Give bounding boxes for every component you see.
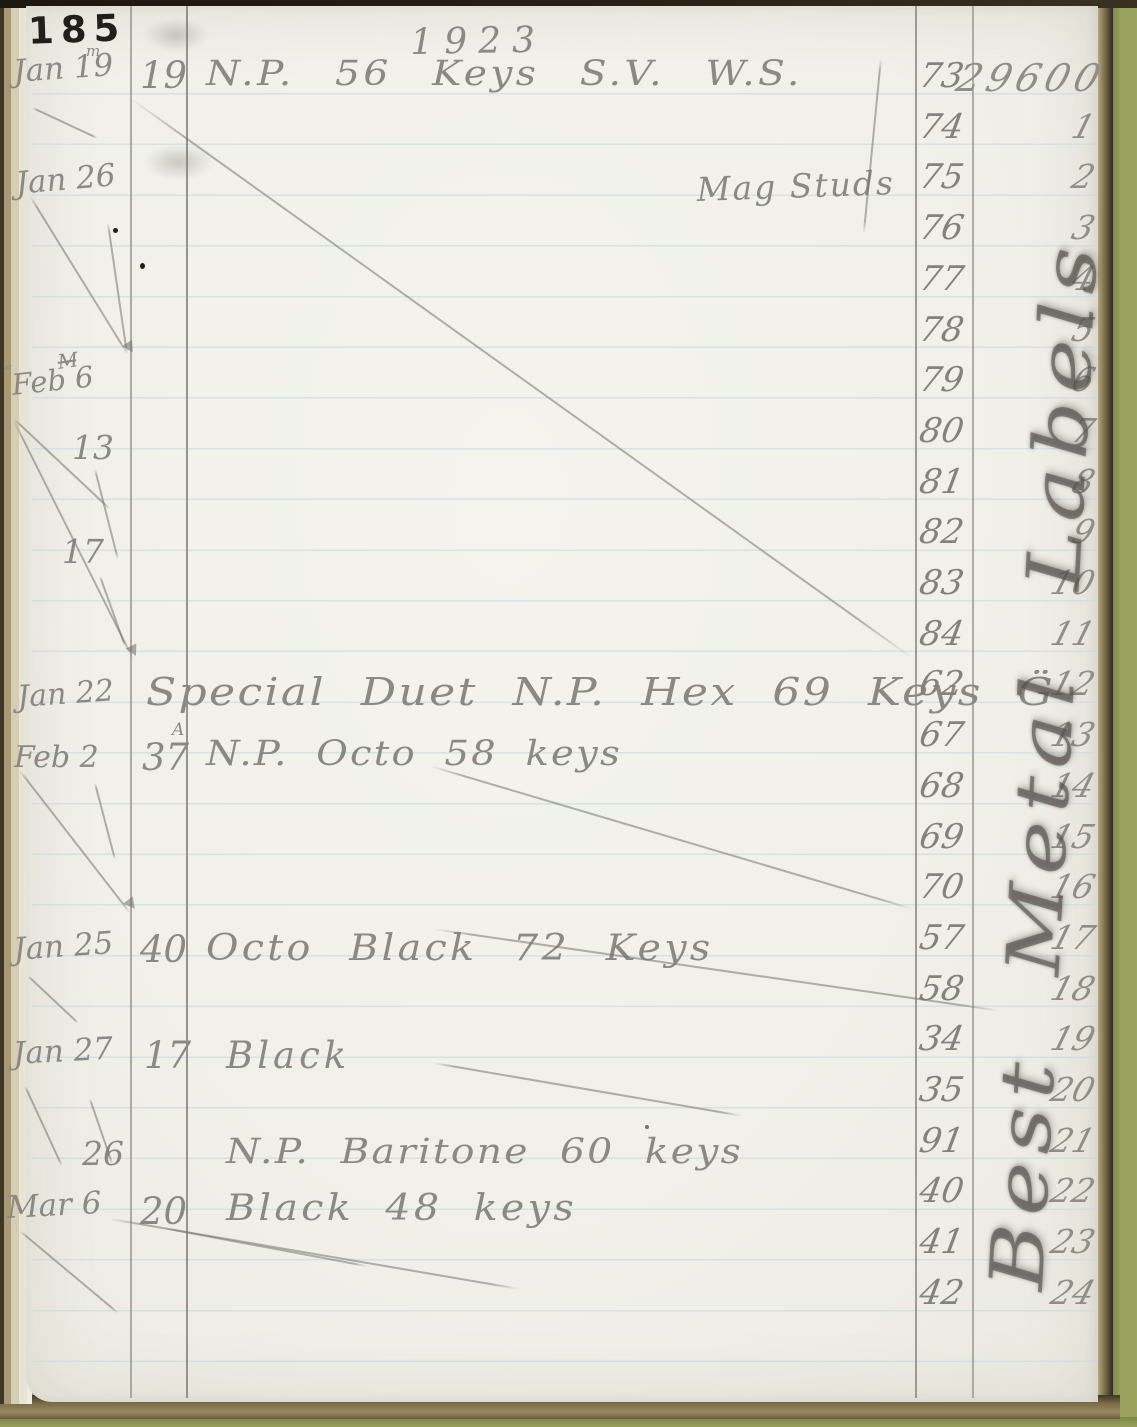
ink-speck: [113, 228, 118, 233]
ditto-mark: “: [4, 362, 12, 381]
ledger-page: 185 1923 Jan 19 m 19 N.P. 56 Keys S.V. W…: [26, 6, 1098, 1402]
serial-number: 82: [916, 512, 966, 552]
entry-description: N.P. 56 Keys S.V. W.S.: [206, 54, 803, 94]
entry-description: Octo Black 72 Keys: [206, 928, 714, 969]
entry-date: Jan 25: [12, 925, 114, 968]
page-number: 185: [27, 6, 127, 52]
entry-date: Mar 6: [6, 1185, 102, 1226]
entry-description: Black: [226, 1034, 350, 1077]
entry-qty: 40: [140, 928, 187, 971]
tally-mark: m: [86, 42, 100, 60]
serial-number: 35: [916, 1070, 966, 1110]
serial-number: 91: [916, 1121, 966, 1161]
serial-number: 77: [916, 259, 966, 299]
tally-mark: M: [56, 347, 78, 373]
ink-speck: [645, 1125, 649, 1129]
serial-number: 79: [916, 360, 966, 400]
serial-number: 68: [916, 766, 966, 806]
entry-qty: 19: [140, 54, 187, 97]
entry-date: 17: [62, 532, 104, 571]
serial-number: 70: [916, 867, 966, 907]
serial-number: 78: [916, 310, 966, 350]
entry-date: Jan 27: [12, 1031, 114, 1072]
entry-qty: 17: [144, 1034, 191, 1077]
column-rule-date: [130, 6, 132, 1398]
ledger-scan: 185 1923 Jan 19 m 19 N.P. 56 Keys S.V. W…: [0, 0, 1137, 1427]
serial-number: 80: [916, 411, 966, 451]
qty-superscript: A: [172, 720, 184, 740]
serial-number: 75: [916, 157, 966, 197]
entry-date: Jan 22: [16, 673, 115, 715]
entry-date: Feb 2: [14, 740, 99, 775]
serial-number: 42: [916, 1273, 966, 1313]
ink-speck: [140, 263, 145, 269]
serial-number: 81: [916, 462, 966, 502]
serial-number: 40: [916, 1171, 966, 1211]
serial-number: 74: [916, 107, 966, 147]
serial-number: 83: [916, 563, 966, 603]
smudge: [144, 18, 208, 52]
serial-number: 34: [916, 1019, 966, 1059]
entry-qty: 37: [142, 736, 189, 779]
entry-description: Black 48 keys: [226, 1188, 577, 1229]
serial-number: 67: [916, 715, 966, 755]
entry-description: N.P. Octo 58 keys: [206, 734, 622, 774]
serial-number: 57: [916, 918, 966, 958]
serial-number: 69: [916, 817, 966, 857]
entry-date: 13: [72, 428, 114, 467]
serial-number: 76: [916, 208, 966, 248]
serial-number: 62: [916, 664, 966, 704]
serial-number: 41: [916, 1222, 966, 1262]
serial-number: 84: [916, 614, 966, 654]
entry-description: N.P. Baritone 60 keys: [226, 1132, 743, 1172]
